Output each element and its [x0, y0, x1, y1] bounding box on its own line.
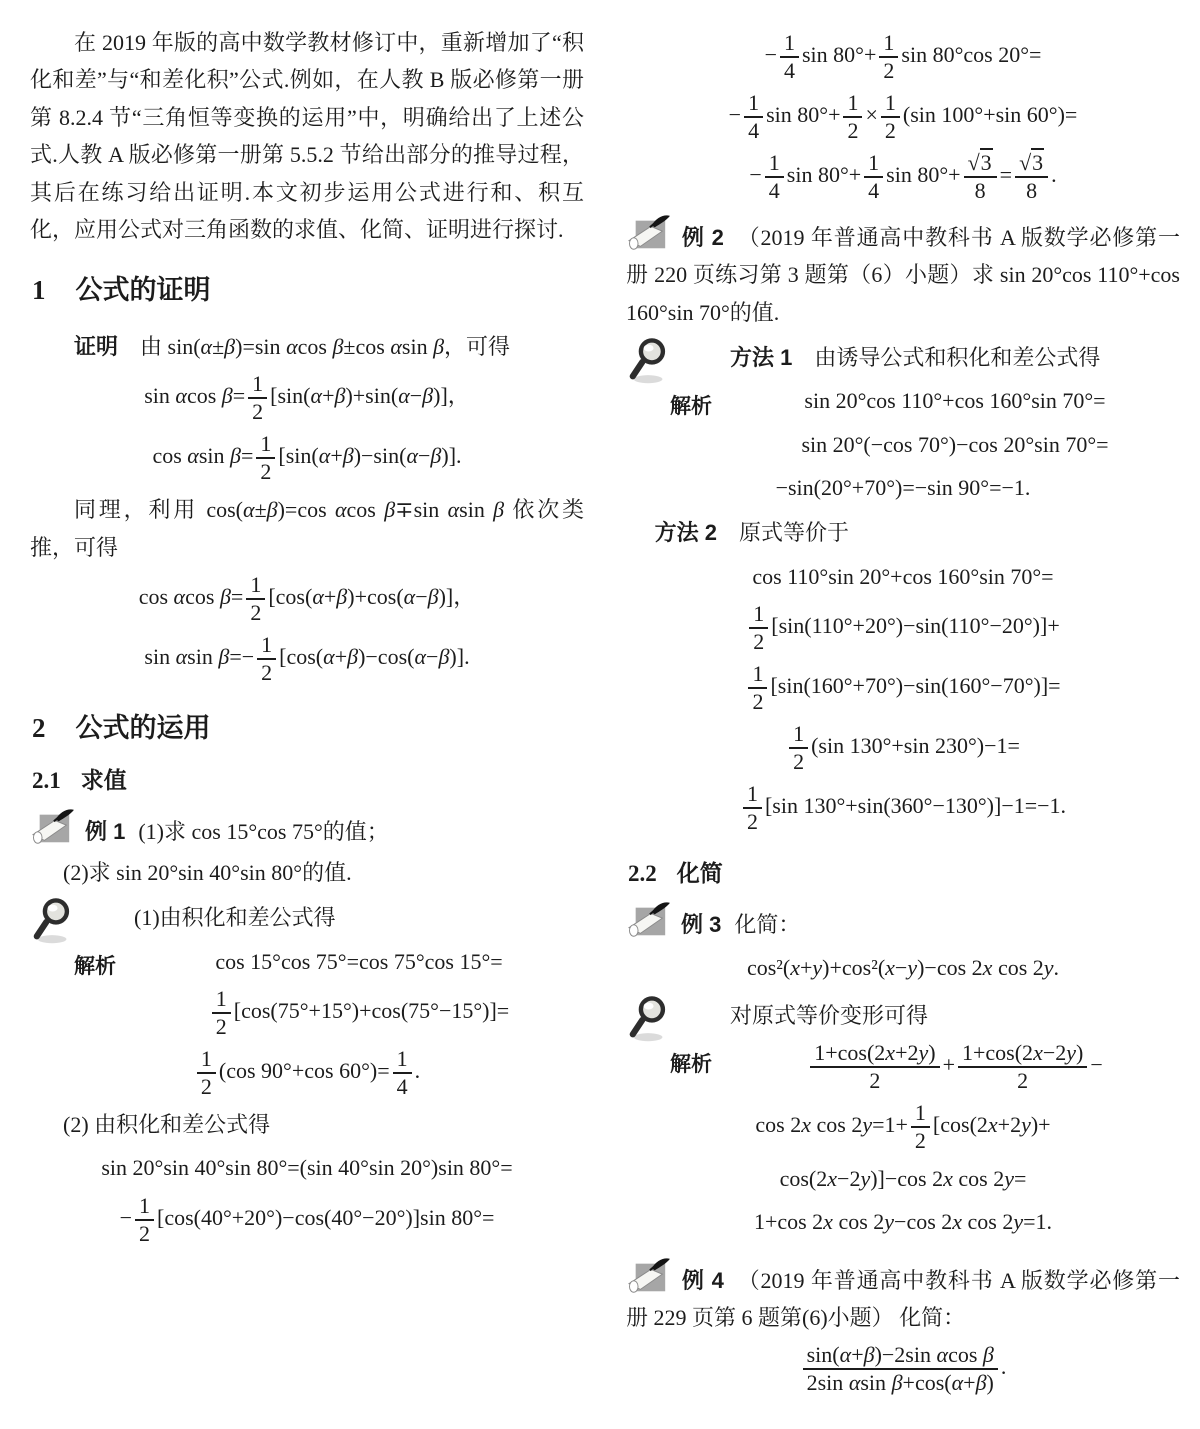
example-3-expression: cos²(x+y)+cos²(x−y)−cos 2x cos 2y. [626, 949, 1180, 986]
intro-paragraph: 在 2019 年版的高中数学教材修订中，重新增加了“积化和差”与“和差化积”公式… [30, 24, 584, 248]
method-2-formula-5: 12[sin 130°+sin(360°−130°)]−1=−1. [626, 781, 1180, 835]
example-1-question-2: (2)求 sin 20°sin 40°sin 80°的值. [30, 854, 584, 891]
example-4-expression: sin(α+β)−2sin αcos β2sin αsin β+cos(α+β)… [626, 1342, 1180, 1396]
method-2-label: 方法 2 [655, 520, 717, 545]
proof-text: 由 sin(α±β)=sin αcos β±cos αsin β，可得 [140, 334, 510, 359]
scroll-quill-example-icon [626, 1257, 672, 1297]
example-3-label: 例 3 [681, 912, 721, 937]
analysis-3-formula-3: cos(2x−2y)]−cos 2x cos 2y= [626, 1160, 1180, 1197]
analysis-block-2: 解析 方法 1 由诱导公式和积化和差公式得 sin 20°cos 110°+co… [626, 335, 1180, 841]
magnifier-analysis-icon: 解析 [626, 335, 730, 431]
section-2-2-number: 2.2 [628, 861, 657, 886]
method-2-formula-1: cos 110°sin 20°+cos 160°sin 70°= [626, 558, 1180, 595]
example-4: 例 4（2019 年普通高中教科书 A 版数学必修第一册 229 页第 6 题第… [626, 1257, 1180, 1337]
analysis-1-formula-4: sin 20°sin 40°sin 80°=(sin 40°sin 20°)si… [30, 1149, 584, 1186]
example-4-label: 例 4 [681, 1268, 724, 1293]
analysis-3-formula-4: 1+cos 2x cos 2y−cos 2x cos 2y=1. [626, 1203, 1180, 1240]
method-1-formula-3: −sin(20°+70°)=−sin 90°=−1. [626, 469, 1180, 506]
method-2-text: 原式等价于 [739, 520, 849, 545]
method-1-label: 方法 1 [730, 345, 792, 370]
example-1: 例 1(1)求 cos 15°cos 75°的值； [30, 808, 584, 850]
magnifier-analysis-icon: 解析 [30, 895, 134, 991]
scroll-quill-example-icon [626, 901, 672, 941]
analysis-1-formula-2: 12[cos(75°+15°)+cos(75°−15°)]= [30, 986, 584, 1040]
proof-paragraph: 证明 由 sin(α±β)=sin αcos β±cos αsin β，可得 [30, 328, 584, 365]
analysis-3-formula-2: cos 2x cos 2y=1+12[cos(2x+2y)+ [626, 1100, 1180, 1154]
example-2: 例 2（2019 年普通高中教科书 A 版数学必修第一册 220 页练习第 3 … [626, 214, 1180, 331]
analysis-block-3: 解析 对原式等价变形可得 1+cos(2x+2y)2+1+cos(2x−2y)2… [626, 993, 1180, 1247]
magnifier-icon [628, 337, 672, 385]
section-2-heading: 2公式的运用 [32, 712, 584, 746]
method-2-formula-4: 12(sin 130°+sin 230°)−1= [626, 721, 1180, 775]
formula-sin-cos: sin αcos β=12[sin(α+β)+sin(α−β)]， [30, 371, 584, 425]
analysis-label: 解析 [670, 1047, 712, 1083]
continued-formula-3: −14sin 80°+14sin 80°+√38=√38. [626, 150, 1180, 204]
method-2-title: 方法 2 原式等价于 [626, 514, 1180, 551]
section-2-1-number: 2.1 [32, 768, 61, 793]
magnifier-analysis-icon: 解析 [626, 993, 730, 1089]
example-2-label: 例 2 [681, 225, 724, 250]
example-1-question-1: (1)求 cos 15°cos 75°的值； [138, 819, 388, 844]
magnifier-icon [628, 995, 672, 1043]
section-1-title: 公式的证明 [76, 275, 211, 305]
continued-formula-1: −14sin 80°+12sin 80°cos 20°= [626, 30, 1180, 84]
example-3: 例 3化简： [626, 901, 1180, 943]
analysis-label: 解析 [74, 949, 116, 985]
section-2-title: 公式的运用 [76, 713, 211, 743]
example-1-label: 例 1 [85, 819, 125, 844]
section-2-number: 2 [32, 713, 46, 743]
method-1-text: 由诱导公式和积化和差公式得 [814, 345, 1100, 370]
method-2-formula-3: 12[sin(160°+70°)−sin(160°−70°)]= [626, 661, 1180, 715]
scroll-quill-example-icon [30, 808, 76, 848]
magnifier-icon [32, 897, 76, 945]
analysis-1-step-2-title: (2) 由积化和差公式得 [30, 1106, 584, 1143]
formula-sin-sin: sin αsin β=−12[cos(α+β)−cos(α−β)]. [30, 632, 584, 686]
formula-cos-cos: cos αcos β=12[cos(α+β)+cos(α−β)]， [30, 572, 584, 626]
method-2-formula-2: 12[sin(110°+20°)−sin(110°−20°)]+ [626, 601, 1180, 655]
section-2-2-title: 化简 [677, 860, 723, 886]
right-column: −14sin 80°+12sin 80°cos 20°= −14sin 80°+… [626, 24, 1180, 1402]
document-page: 在 2019 年版的高中数学教材修订中，重新增加了“积化和差”与“和差化积”公式… [0, 0, 1200, 1402]
analogy-paragraph: 同理，利用 cos(α±β)=cos αcos β∓sin αsin β 依次类… [30, 491, 584, 566]
scroll-quill-example-icon [626, 214, 672, 254]
continued-formula-2: −14sin 80°+12×12(sin 100°+sin 60°)= [626, 90, 1180, 144]
proof-label: 证明 [74, 334, 118, 359]
section-2-1-heading: 2.1求值 [32, 766, 584, 796]
left-column: 在 2019 年版的高中数学教材修订中，重新增加了“积化和差”与“和差化积”公式… [30, 24, 584, 1402]
analysis-1-formula-5: −12[cos(40°+20°)−cos(40°−20°)]sin 80°= [30, 1193, 584, 1247]
section-1-number: 1 [32, 275, 46, 305]
example-3-question: 化简： [734, 912, 800, 937]
section-2-2-heading: 2.2化简 [628, 859, 1180, 889]
formula-cos-sin: cos αsin β=12[sin(α+β)−sin(α−β)]. [30, 431, 584, 485]
analysis-label: 解析 [670, 389, 712, 425]
section-2-1-title: 求值 [81, 767, 127, 793]
section-1-heading: 1公式的证明 [32, 274, 584, 308]
analysis-1-formula-3: 12(cos 90°+cos 60°)=14. [30, 1046, 584, 1100]
method-1-formula-2: sin 20°(−cos 70°)−cos 20°sin 70°= [626, 426, 1180, 463]
analysis-block-1: 解析 (1)由积化和差公式得 cos 15°cos 75°=cos 75°cos… [30, 895, 584, 1252]
